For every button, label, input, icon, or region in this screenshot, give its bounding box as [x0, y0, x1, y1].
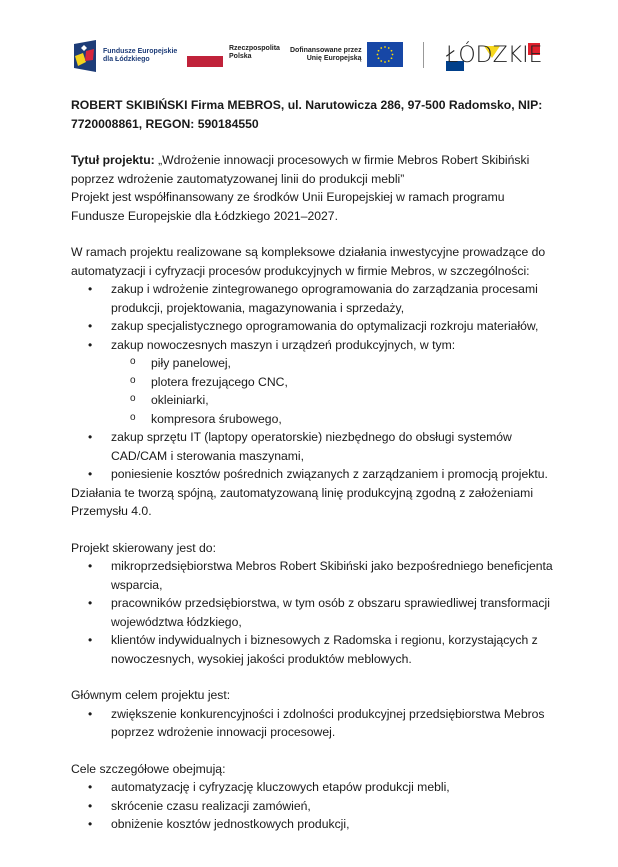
sub-list-item: piły panelowej, — [71, 354, 561, 373]
project-title-label: Tytuł projektu: — [71, 153, 155, 167]
main-goal-intro: Głównym celem projektu jest: — [71, 686, 561, 705]
list-item-text: zakup nowoczesnych maszyn i urządzeń pro… — [111, 338, 455, 352]
list-item: zwiększenie konkurencyjności i zdolności… — [71, 705, 561, 742]
main-goal-list: zwiększenie konkurencyjności i zdolności… — [71, 705, 561, 742]
fundusze-europejskie-logo: Fundusze Europejskie dla Łódzkiego — [72, 40, 177, 72]
fe-logo-line-2: dla Łódzkiego — [103, 56, 177, 64]
eu-flag-icon — [367, 42, 403, 67]
fe-logo-line-1: Fundusze Europejskie — [103, 48, 177, 56]
rp-logo-text: Rzeczpospolita Polska — [229, 45, 280, 61]
specific-goals-list: automatyzację i cyfryzację kluczowych et… — [71, 778, 561, 834]
sub-list-item: kompresora śrubowego, — [71, 410, 561, 429]
activities-intro: W ramach projektu realizowane są komplek… — [71, 243, 561, 280]
sub-list-item: okleiniarki, — [71, 391, 561, 410]
list-item: klientów indywidualnych i biznesowych z … — [71, 631, 561, 668]
eu-logo-line-2: Unię Europejską — [290, 55, 362, 63]
list-item: automatyzację i cyfryzację kluczowych et… — [71, 778, 561, 797]
fe-logo-text: Fundusze Europejskie dla Łódzkiego — [103, 48, 177, 64]
eu-logo-line-1: Dofinansowane przez — [290, 47, 362, 55]
activities-list: zakup i wdrożenie zintegrowanego oprogra… — [71, 280, 561, 484]
list-item: skrócenie czasu realizacji zamówień, — [71, 797, 561, 816]
eu-cofinancing-logo: Dofinansowane przez Unię Europejską — [290, 42, 403, 67]
list-item: zakup i wdrożenie zintegrowanego oprogra… — [71, 280, 561, 317]
polish-flag-icon — [187, 45, 223, 67]
target-group-list: mikroprzedsiębiorstwa Mebros Robert Skib… — [71, 557, 561, 668]
cofinancing-statement: Projekt jest współfinansowany ze środków… — [71, 188, 561, 225]
activities-summary: Działania te tworzą spójną, zautomatyzow… — [71, 484, 561, 521]
sub-list-item: plotera frezującego CNC, — [71, 373, 561, 392]
project-title: Tytuł projektu: „Wdrożenie innowacji pro… — [71, 151, 561, 188]
eu-logo-text: Dofinansowane przez Unię Europejską — [290, 47, 362, 63]
rzeczpospolita-polska-logo: Rzeczpospolita Polska — [187, 45, 280, 67]
logo-divider — [423, 42, 424, 68]
specific-goals-intro: Cele szczegółowe obejmują: — [71, 760, 561, 779]
list-item: zakup specjalistycznego oprogramowania d… — [71, 317, 561, 336]
list-item: mikroprzedsiębiorstwa Mebros Robert Skib… — [71, 557, 561, 594]
list-item: pracowników przedsiębiorstwa, w tym osób… — [71, 594, 561, 631]
rp-logo-line-2: Polska — [229, 53, 280, 61]
machines-sublist: piły panelowej, plotera frezującego CNC,… — [111, 354, 561, 428]
company-info: ROBERT SKIBIŃSKI Firma MEBROS, ul. Narut… — [71, 96, 561, 133]
rp-logo-line-1: Rzeczpospolita — [229, 45, 280, 53]
lodzkie-logo: ŁÓDZKIE — [446, 40, 546, 70]
target-group-intro: Projekt skierowany jest do: — [71, 539, 561, 558]
list-item: obniżenie kosztów jednostkowych produkcj… — [71, 815, 561, 834]
fe-flag-icon — [72, 40, 98, 72]
funding-logo-bar: Fundusze Europejskie dla Łódzkiego Rzecz… — [72, 34, 548, 80]
list-item: zakup nowoczesnych maszyn i urządzeń pro… — [71, 336, 561, 429]
list-item: poniesienie kosztów pośrednich związanyc… — [71, 465, 561, 484]
lodzkie-logo-text: ŁÓDZKIE — [446, 43, 543, 68]
list-item: zakup sprzętu IT (laptopy operatorskie) … — [71, 428, 561, 465]
document-body: ROBERT SKIBIŃSKI Firma MEBROS, ul. Narut… — [71, 96, 561, 834]
